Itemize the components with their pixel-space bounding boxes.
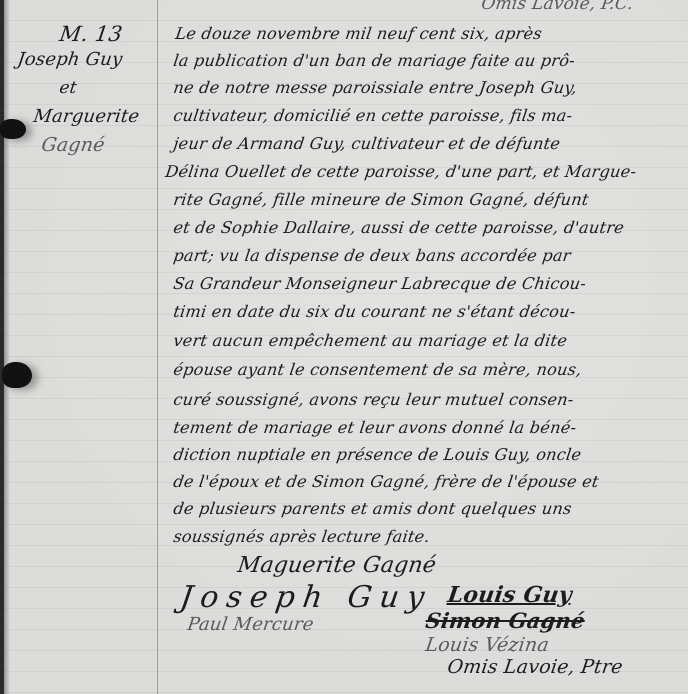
signature-louis-vezina: Louis Vézina (424, 634, 551, 656)
signature-groom: Joseph Guy (178, 580, 434, 615)
conjunction: et (58, 78, 78, 98)
body-line: jeur de Armand Guy, cultivateur et de dé… (172, 134, 562, 154)
body-line: la publication d'un ban de mariage faite… (172, 51, 576, 71)
body-line: soussignés après lecture faite. (172, 527, 431, 547)
signature-paul-mercure: Paul Mercure (186, 614, 315, 635)
bride-first-name: Marguerite (32, 106, 141, 127)
body-line: vert aucun empêchement au mariage et la … (172, 331, 569, 351)
body-line: Délina Ouellet de cette paroisse, d'une … (164, 162, 638, 182)
body-line: ne de notre messe paroissiale entre Jose… (172, 78, 578, 98)
signature-priest: Omis Lavoie, Ptre (446, 656, 624, 678)
body-line: Sa Grandeur Monseigneur Labrecque de Chi… (172, 274, 587, 294)
body-line: curé soussigné, avons reçu leur mutuel c… (172, 390, 575, 410)
margin-rule (157, 0, 158, 694)
bride-last-name: Gagné (40, 134, 106, 156)
body-line: cultivateur, domicilié en cette paroisse… (172, 106, 574, 126)
signature-bride: Maguerite Gagné (236, 553, 438, 578)
body-line: rite Gagné, fille mineure de Simon Gagné… (172, 190, 590, 210)
register-page: M. 13 Joseph Guy et Marguerite Gagné Omi… (0, 0, 688, 694)
body-line: timi en date du six du courant ne s'étan… (172, 302, 577, 322)
groom-name: Joseph Guy (16, 49, 124, 70)
body-line: de l'époux et de Simon Gagné, frère de l… (172, 472, 600, 492)
body-line: part; vu la dispense de deux bans accord… (172, 246, 572, 266)
body-line: épouse ayant le consentement de sa mère,… (172, 360, 583, 380)
body-line: diction nuptiale en présence de Louis Gu… (172, 445, 583, 465)
signature-louis-guy: Louis Guy (446, 582, 574, 608)
body-line: de plusieurs parents et amis dont quelqu… (172, 499, 573, 519)
signature-simon-gagne: Simon Gagné (424, 608, 587, 633)
entry-number: M. 13 (58, 22, 124, 46)
margin-column: M. 13 Joseph Guy et Marguerite Gagné (0, 0, 156, 694)
body-line: et de Sophie Dallaire, aussi de cette pa… (172, 218, 625, 238)
body-line: tement de mariage et leur avons donné la… (172, 418, 578, 438)
body-line: Le douze novembre mil neuf cent six, apr… (174, 24, 543, 44)
